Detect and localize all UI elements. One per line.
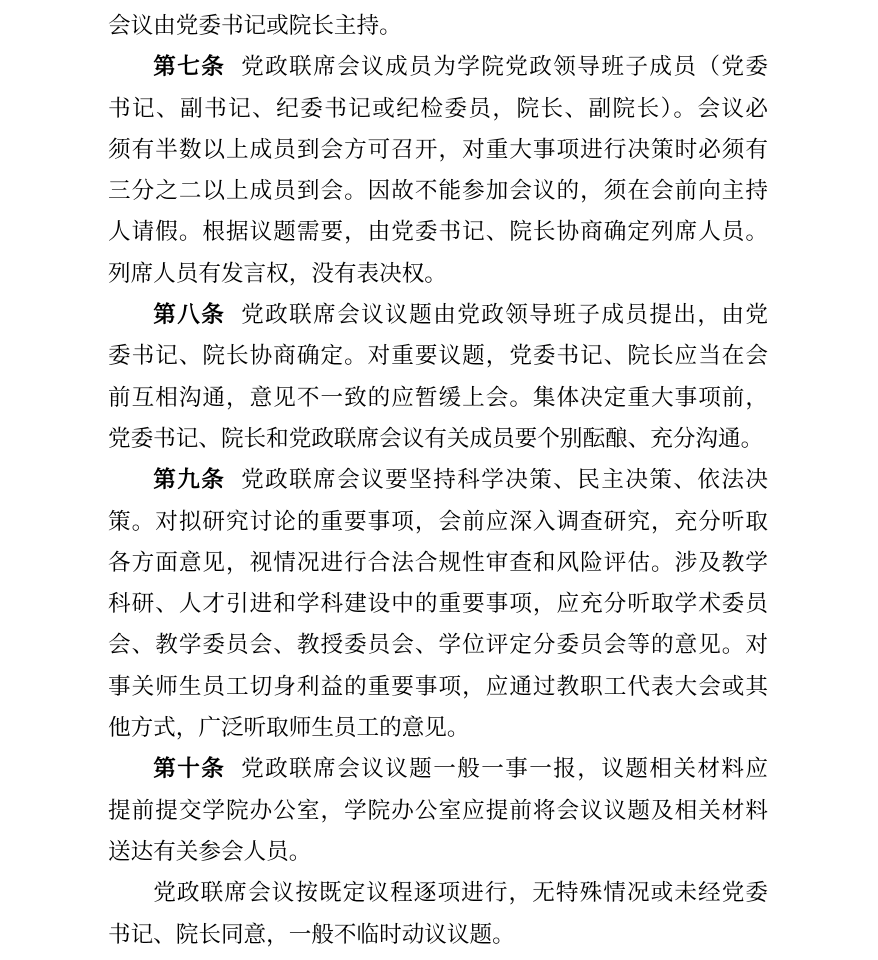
clause-number: 第十条 bbox=[153, 756, 225, 781]
text-line: 策。对拟研究讨论的重要事项，会前应深入调查研究，充分听取 bbox=[108, 501, 768, 542]
line-text: 党政联席会议要坚持科学决策、民主决策、依法决 bbox=[241, 467, 768, 492]
text-line: 三分之二以上成员到会。因故不能参加会议的，须在会前向主持 bbox=[108, 170, 768, 211]
text-line: 书记、副书记、纪委书记或纪检委员，院长、副院长）。会议必 bbox=[108, 88, 768, 129]
paragraph: 第九条党政联席会议要坚持科学决策、民主决策、依法决策。对拟研究讨论的重要事项，会… bbox=[108, 459, 768, 748]
text-line: 人请假。根据议题需要，由党委书记、院长协商确定列席人员。 bbox=[108, 211, 768, 252]
text-line: 委书记、院长协商确定。对重要议题，党委书记、院长应当在会 bbox=[108, 335, 768, 376]
line-text: 党政联席会议成员为学院党政领导班子成员（党委 bbox=[241, 54, 768, 79]
document-page: 会议由党委书记或院长主持。第七条党政联席会议成员为学院党政领导班子成员（党委书记… bbox=[0, 0, 878, 960]
line-text: 党政联席会议议题一般一事一报，议题相关材料应 bbox=[241, 756, 768, 781]
clause-number: 第九条 bbox=[153, 467, 225, 492]
clause-number: 第七条 bbox=[153, 54, 225, 79]
text-line: 各方面意见，视情况进行合法合规性审查和风险评估。涉及教学 bbox=[108, 542, 768, 583]
text-line: 送达有关参会人员。 bbox=[108, 831, 768, 872]
text-line: 第七条党政联席会议成员为学院党政领导班子成员（党委 bbox=[108, 46, 768, 87]
text-line: 第十条党政联席会议议题一般一事一报，议题相关材料应 bbox=[108, 748, 768, 789]
line-text: 党政联席会议议题由党政领导班子成员提出，由党 bbox=[241, 302, 768, 327]
text-line: 事关师生员工切身利益的重要事项，应通过教职工代表大会或其 bbox=[108, 666, 768, 707]
clause-number: 第八条 bbox=[153, 302, 225, 327]
paragraph: 第七条党政联席会议成员为学院党政领导班子成员（党委书记、副书记、纪委书记或纪检委… bbox=[108, 46, 768, 294]
paragraph: 党政联席会议按既定议程逐项进行，无特殊情况或未经党委书记、院长同意，一般不临时动… bbox=[108, 872, 768, 955]
text-line: 科研、人才引进和学科建设中的重要事项，应充分听取学术委员 bbox=[108, 583, 768, 624]
text-line: 书记、院长同意，一般不临时动议议题。 bbox=[108, 914, 768, 955]
paragraph: 第十条党政联席会议议题一般一事一报，议题相关材料应提前提交学院办公室，学院办公室… bbox=[108, 748, 768, 872]
text-line: 第九条党政联席会议要坚持科学决策、民主决策、依法决 bbox=[108, 459, 768, 500]
document-body: 会议由党委书记或院长主持。第七条党政联席会议成员为学院党政领导班子成员（党委书记… bbox=[108, 5, 768, 955]
text-line: 须有半数以上成员到会方可召开，对重大事项进行决策时必须有 bbox=[108, 129, 768, 170]
text-line: 党委书记、院长和党政联席会议有关成员要个别酝酿、充分沟通。 bbox=[108, 418, 768, 459]
text-line: 前互相沟通，意见不一致的应暂缓上会。集体决定重大事项前， bbox=[108, 377, 768, 418]
paragraph: 会议由党委书记或院长主持。 bbox=[108, 5, 768, 46]
paragraph: 第八条党政联席会议议题由党政领导班子成员提出，由党委书记、院长协商确定。对重要议… bbox=[108, 294, 768, 459]
text-line: 他方式，广泛听取师生员工的意见。 bbox=[108, 707, 768, 748]
text-line: 党政联席会议按既定议程逐项进行，无特殊情况或未经党委 bbox=[108, 872, 768, 913]
text-line: 列席人员有发言权，没有表决权。 bbox=[108, 253, 768, 294]
text-line: 会、教学委员会、教授委员会、学位评定分委员会等的意见。对 bbox=[108, 624, 768, 665]
text-line: 第八条党政联席会议议题由党政领导班子成员提出，由党 bbox=[108, 294, 768, 335]
text-line: 会议由党委书记或院长主持。 bbox=[108, 5, 768, 46]
text-line: 提前提交学院办公室，学院办公室应提前将会议议题及相关材料 bbox=[108, 790, 768, 831]
